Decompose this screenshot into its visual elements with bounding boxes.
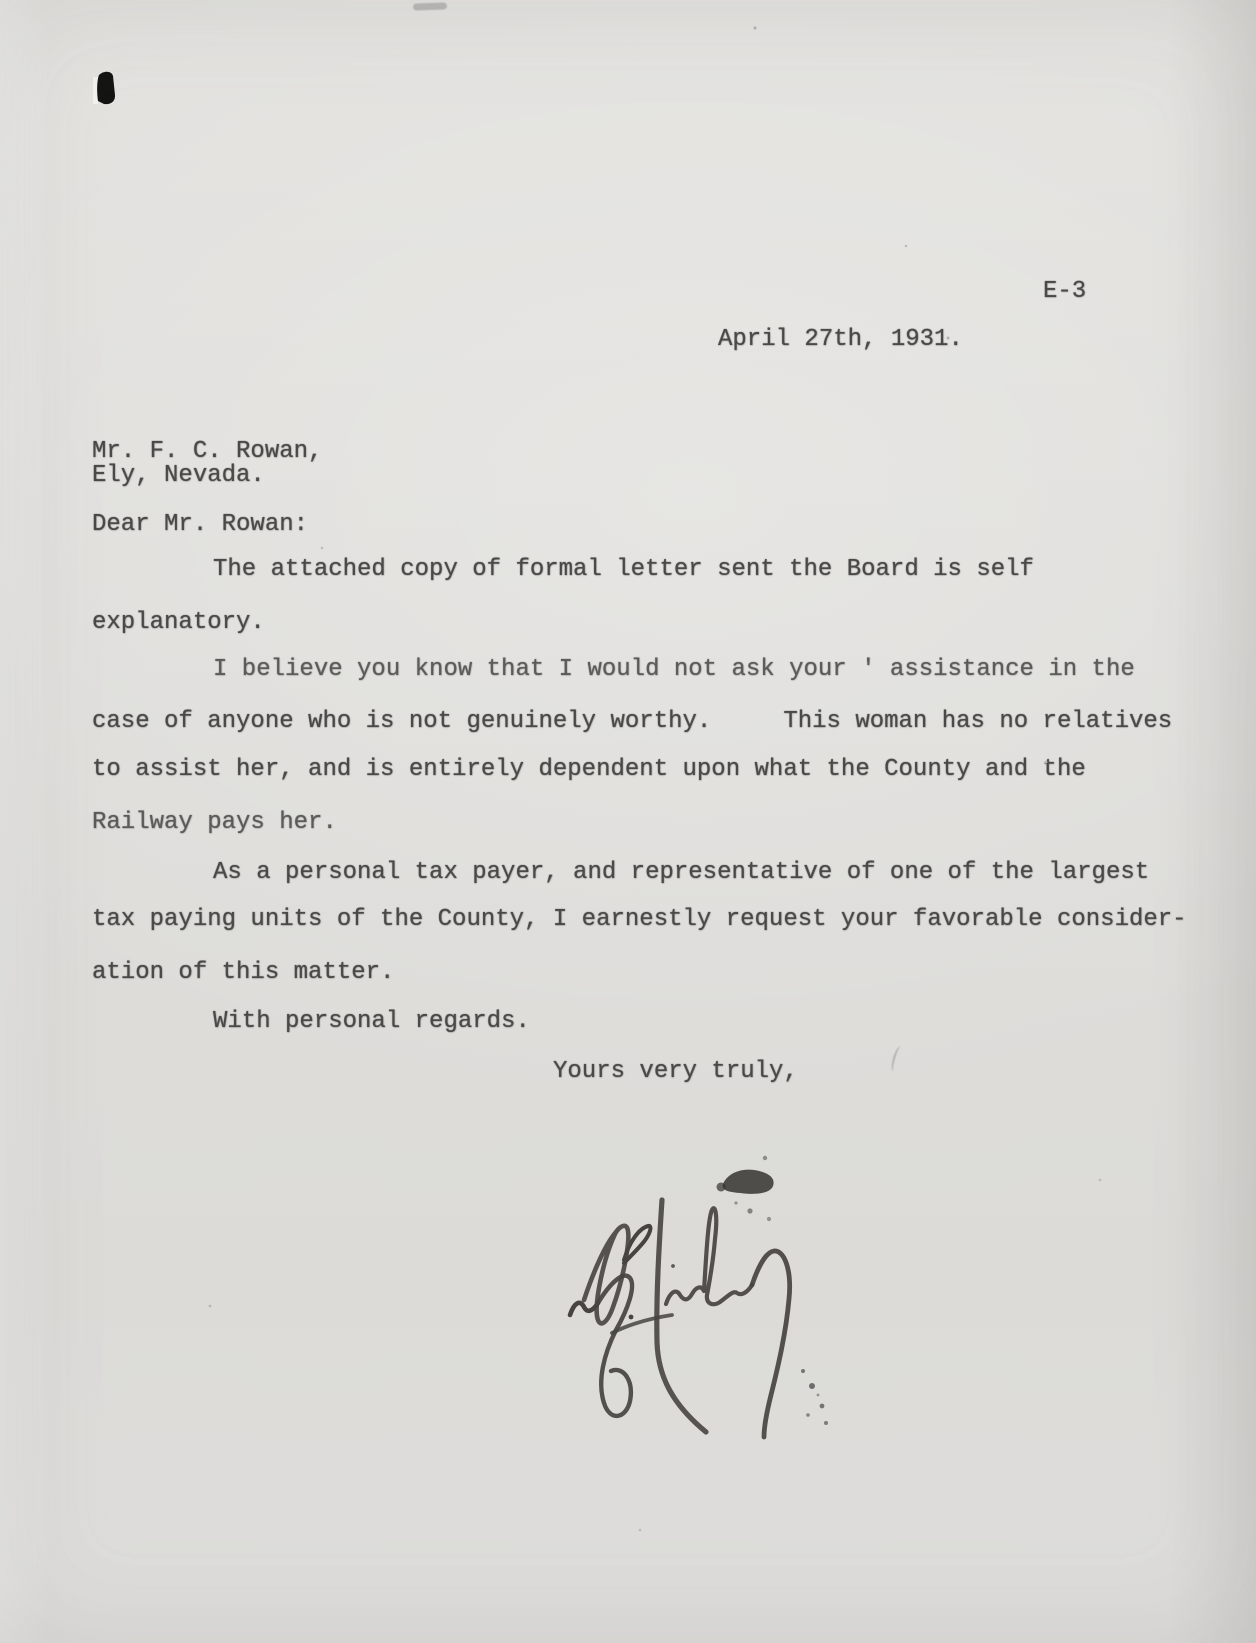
- body-line-10: With personal regards.: [213, 1008, 530, 1036]
- reference-code: E-3: [1043, 278, 1086, 306]
- recipient-address-line: Ely, Nevada.: [92, 462, 265, 490]
- body-line-4: case of anyone who is not genuinely wort…: [92, 708, 1172, 736]
- body-line-7: As a personal tax payer, and representat…: [213, 859, 1149, 887]
- ink-blot-top-left: [88, 70, 122, 110]
- paper-smudge-mark: [413, 2, 447, 10]
- body-line-5: to assist her, and is entirely dependent…: [92, 756, 1086, 784]
- date-line: April 27th, 1931.: [718, 326, 963, 354]
- scanned-letter-page: E-3 April 27th, 1931. Mr. F. C. Rowan, E…: [0, 0, 1256, 1643]
- body-line-8: tax paying units of the County, I earnes…: [92, 906, 1187, 934]
- salutation-line: Dear Mr. Rowan:: [92, 511, 308, 539]
- stray-ink-mark: [890, 1045, 905, 1072]
- valediction-line: Yours very truly,: [553, 1058, 798, 1086]
- signature-handwriting: [540, 1118, 860, 1448]
- body-line-9: ation of this matter.: [92, 959, 394, 987]
- body-line-1: The attached copy of formal letter sent …: [213, 556, 1034, 584]
- body-line-2: explanatory.: [92, 609, 265, 637]
- body-line-3: I believe you know that I would not ask …: [213, 656, 1135, 684]
- body-line-6: Railway pays her.: [92, 809, 337, 837]
